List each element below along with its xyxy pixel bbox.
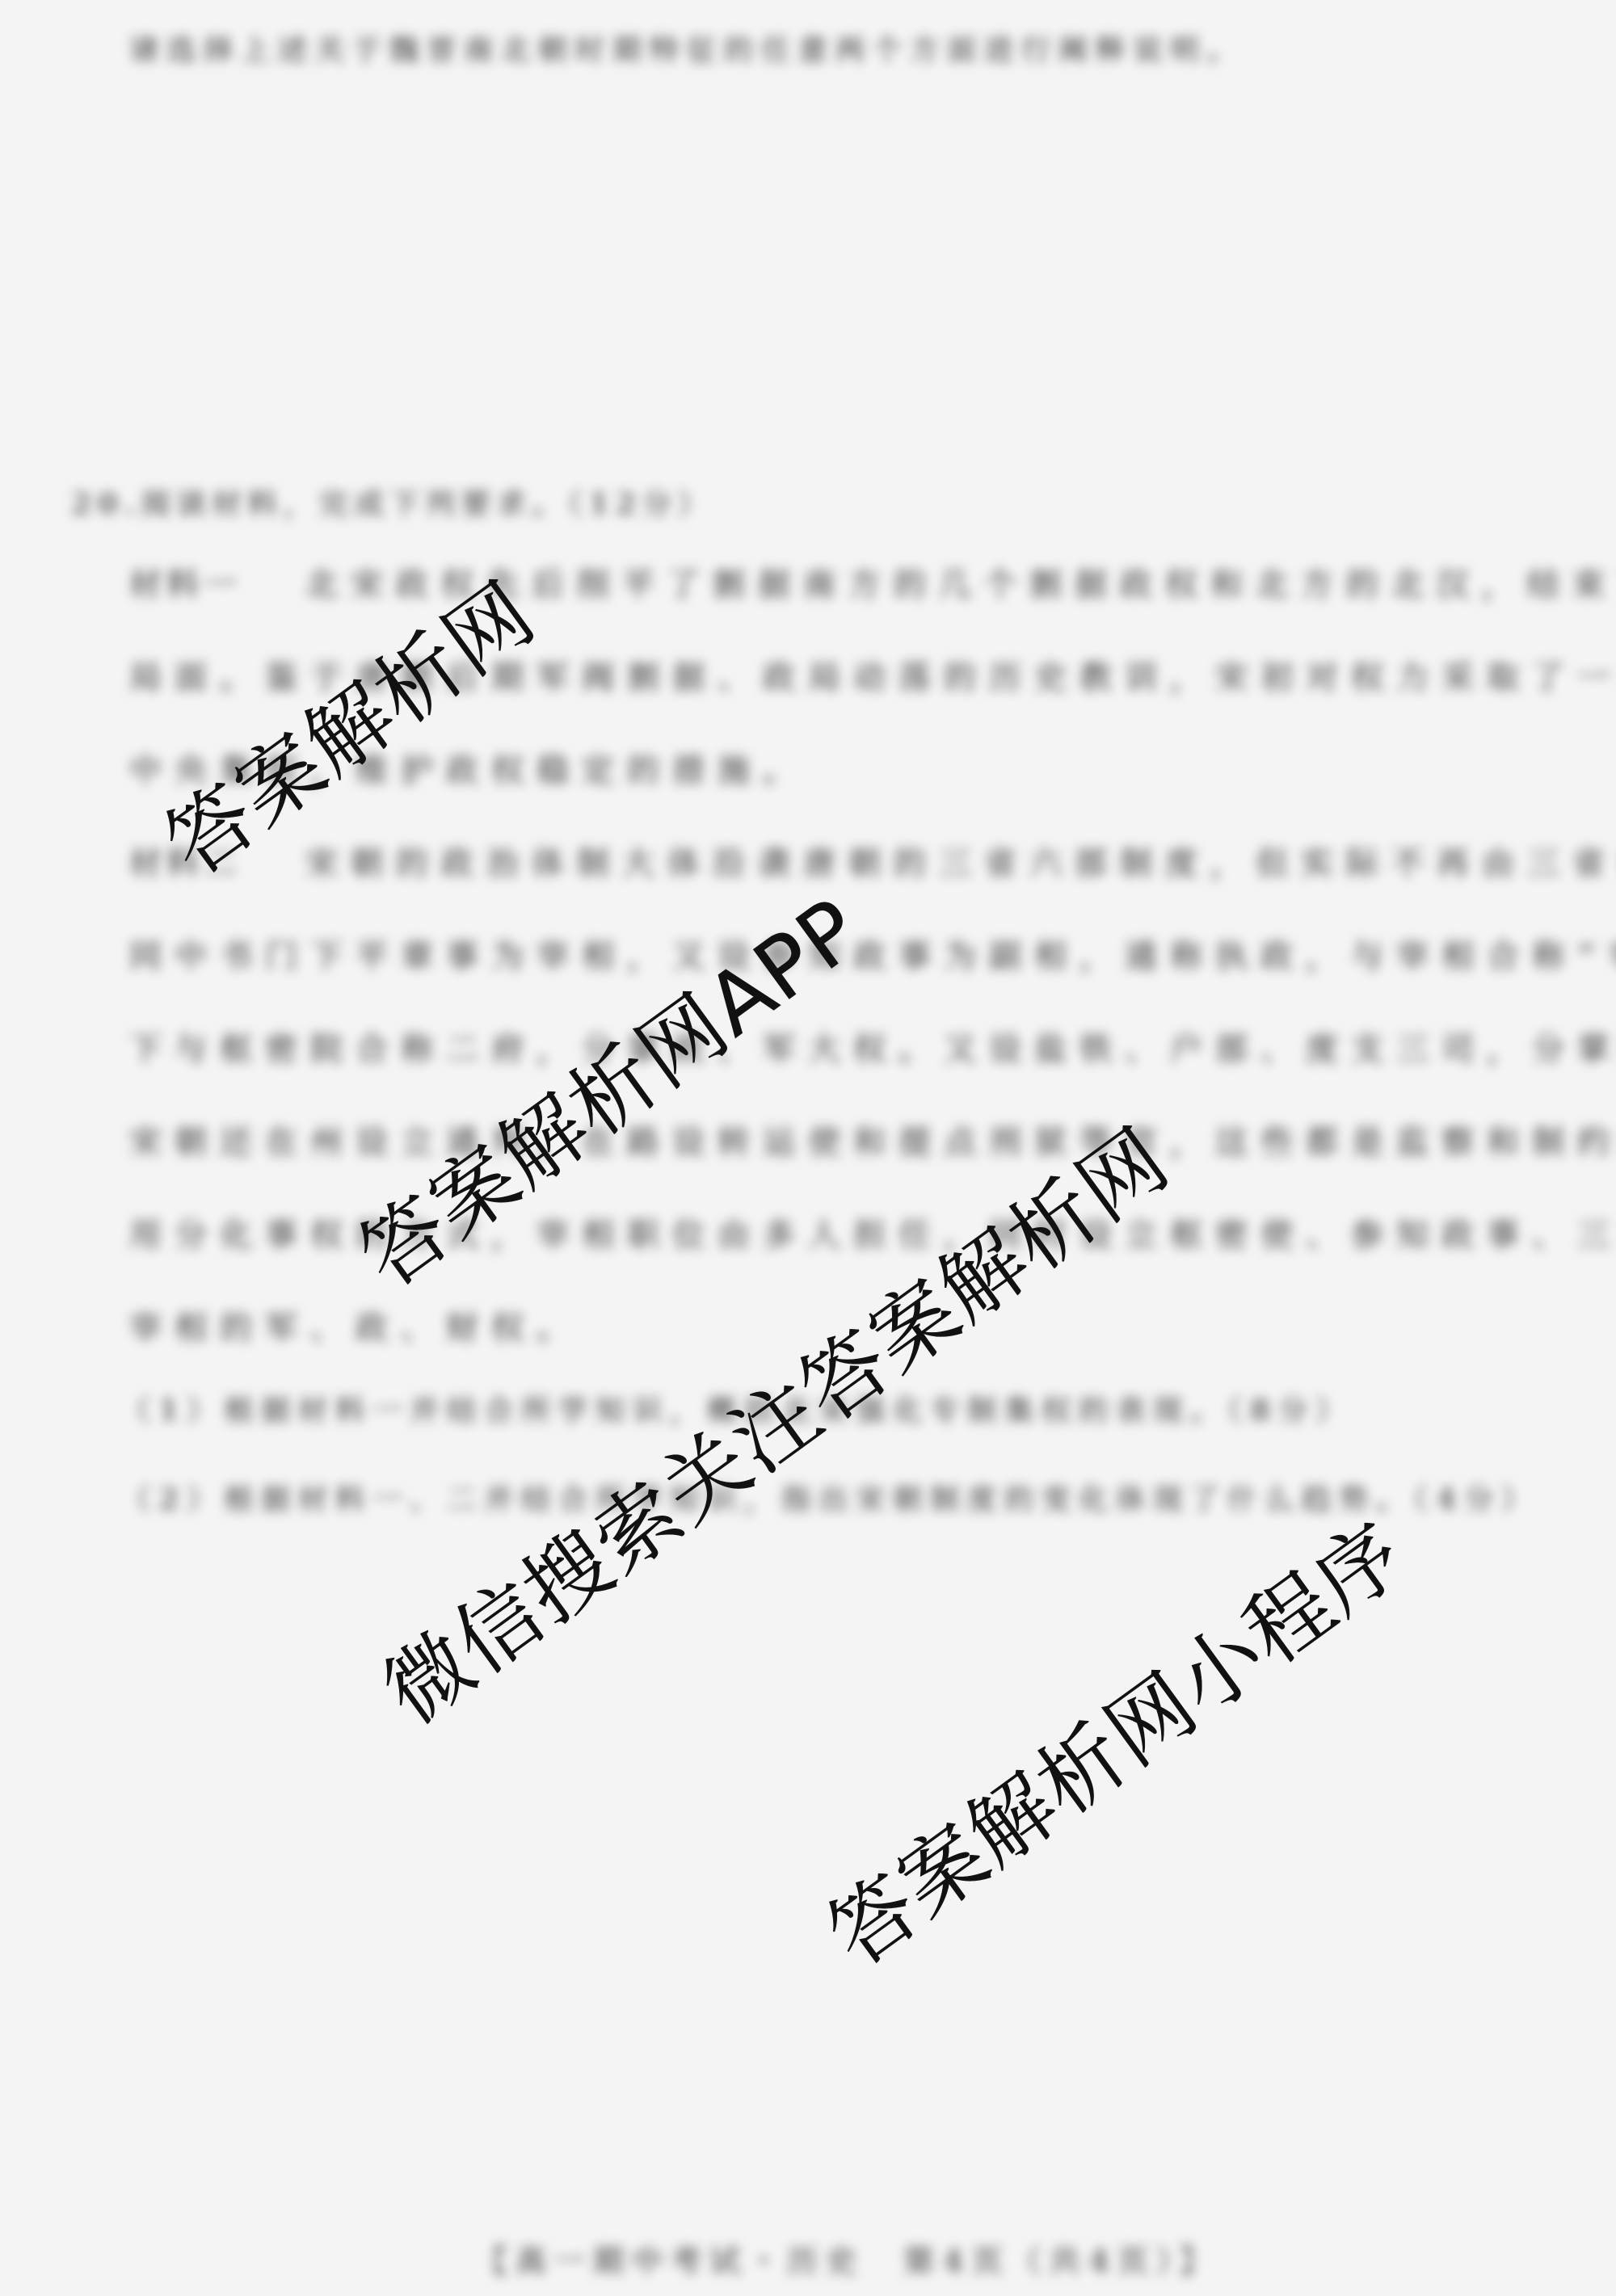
material-2-line-5: 用分化事权的方式，宰相职位由多人担任，同时设立枢密使、参知政事、三司使，来分割 <box>129 1216 1616 1255</box>
material-1-line-2: 局面。鉴于唐朝后期军阀割据、政局动荡的历史教训，宋初对权力采取了一系列强化 <box>129 658 1616 697</box>
sub-question-1: （1）根据材料一并结合所学知识，概括北宋强化专制集权的表现。（8分） <box>121 1388 1353 1429</box>
material-2-label: 材料二 <box>129 844 241 882</box>
material-2-line-4: 宋朝还在州设立通判，在路设转运使和提点刑狱等官，这些都是监察和制约地方官员的措施… <box>129 1123 1616 1162</box>
material-1-text-1: 北宋政权先后削平了割据南方的几个割据政权和北方的北汉，结束了五代十国的分裂 <box>305 566 1616 603</box>
material-2-line-1: 材料二 宋朝的政治体制大体沿袭唐朝的三省六部制度，但实际不再由三省长官担任，而是… <box>129 844 1616 883</box>
material-1-label: 材料一 <box>129 566 241 603</box>
question-heading: 20.阅读材料，完成下列要求。（12分） <box>71 481 713 523</box>
sub-question-2: （2）根据材料一、二并结合所学知识，指出宋朝制度的变化体现了什么趋势。（4分） <box>121 1477 1538 1518</box>
intro-instruction: 请选择上述关于魏晋南北朝时期特征的任意两个方面进行阐释说明。 <box>129 31 1244 69</box>
material-1-line-1: 材料一 北宋政权先后削平了割据南方的几个割据政权和北方的北汉，结束了五代十国的分… <box>129 566 1616 604</box>
exam-page: 请选择上述关于魏晋南北朝时期特征的任意两个方面进行阐释说明。 20.阅读材料，完… <box>0 0 1616 2296</box>
material-2-line-6: 宰相的军、政、财权。 <box>129 1309 582 1348</box>
page-footer: 【高一期中考试・历史 第4页（共4页）】 <box>477 2236 1218 2281</box>
material-2-line-3: 下与枢密院合称二府，分掌政、军大权。又设盐铁、户部、度支三司，分掌财政大权，号称… <box>129 1030 1616 1069</box>
material-1-line-3: 中央集权，维护政权稳定的措施。 <box>129 751 808 790</box>
material-2-line-2: 同中书门下平章事为宰相，又设参知政事为副相，通称执政，与宰相合称“宰执”。中书门 <box>129 937 1616 976</box>
material-2-text-1: 宋朝的政治体制大体沿袭唐朝的三省六部制度，但实际不再由三省长官担任，而是以 <box>305 844 1616 882</box>
question-number: 20. <box>71 487 141 521</box>
question-heading-text: 阅读材料，完成下列要求。（12分） <box>141 487 713 521</box>
